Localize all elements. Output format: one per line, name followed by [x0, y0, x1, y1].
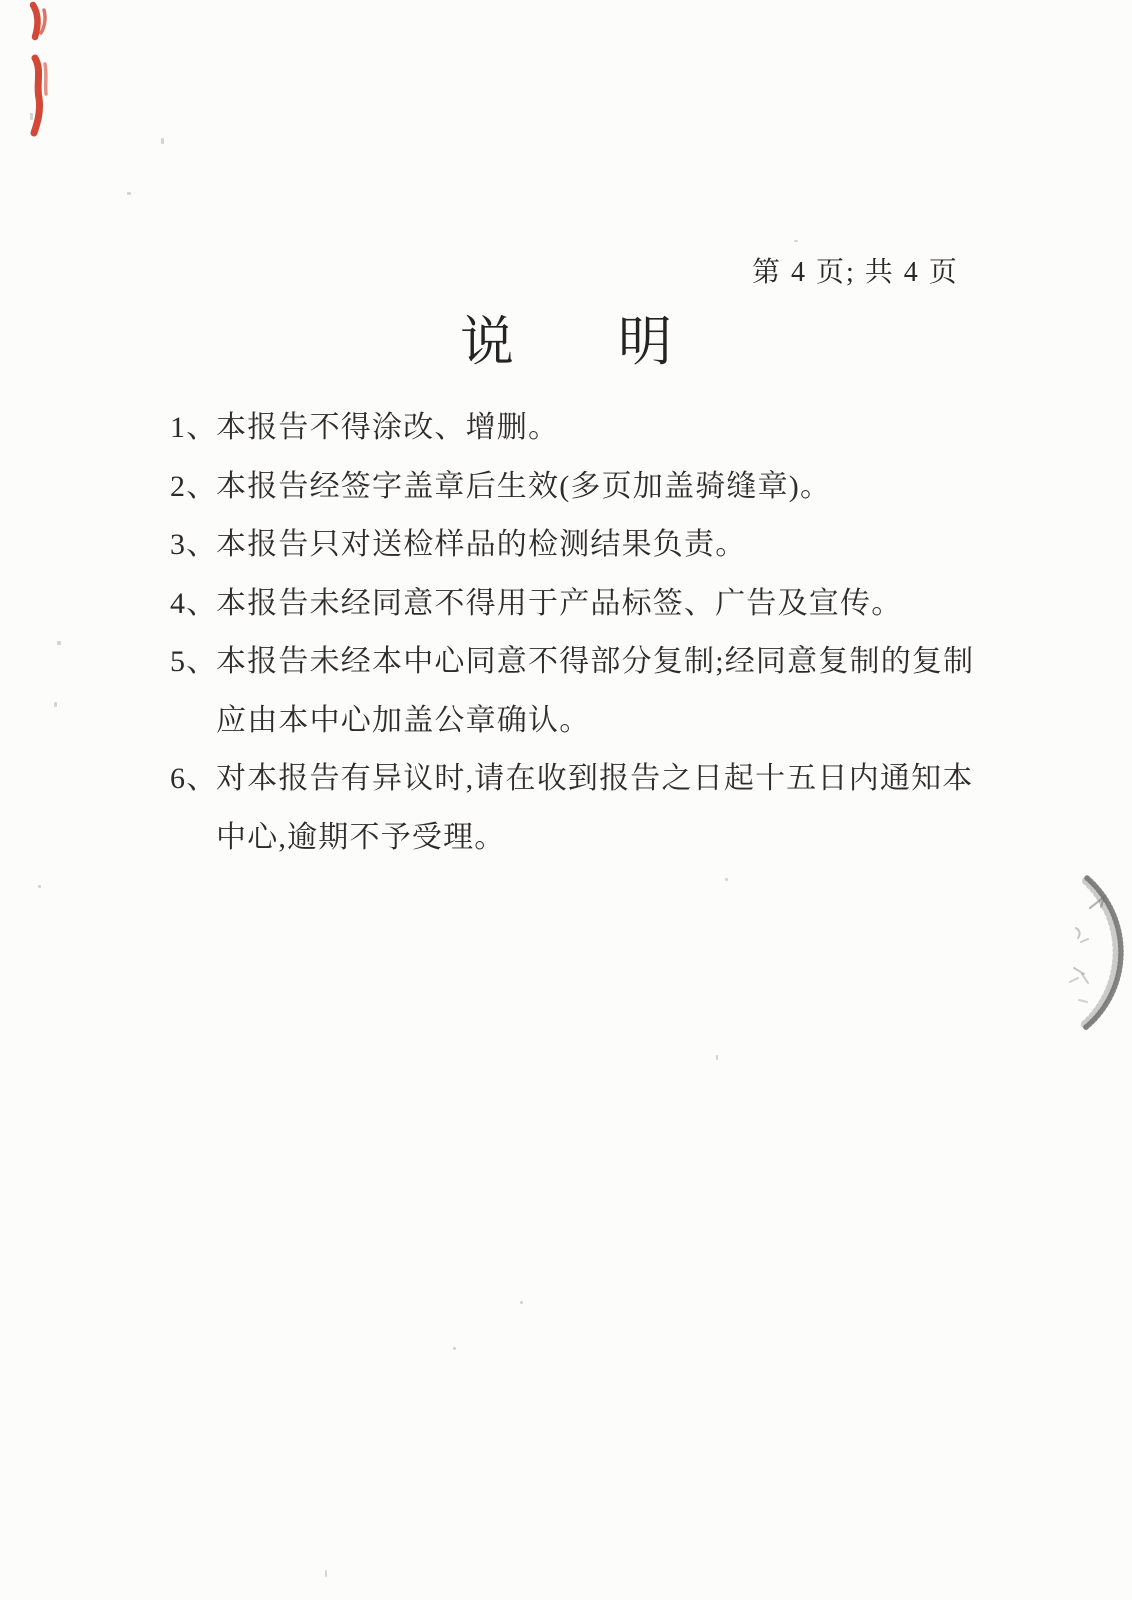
note-text: 应由本中心加盖公章确认。 — [216, 692, 998, 751]
note-item-4: 4、 本报告未经同意不得用于产品标签、广告及宣传。 — [170, 575, 998, 634]
note-item-5: 5、 本报告未经本中心同意不得部分复制;经同意复制的复制 — [170, 633, 998, 692]
page-title: 说 明 — [0, 312, 1132, 372]
note-item-5-line-2: 应由本中心加盖公章确认。 — [170, 692, 998, 751]
note-number: 6、 — [170, 750, 216, 809]
page-title-char-2: 明 — [618, 312, 672, 372]
note-text: 本报告不得涂改、增删。 — [216, 399, 998, 458]
note-number: 2、 — [170, 458, 216, 517]
note-text: 本报告未经本中心同意不得部分复制;经同意复制的复制 — [216, 633, 998, 692]
note-number: 5、 — [170, 633, 216, 692]
note-text: 中心,逾期不予受理。 — [216, 809, 998, 868]
page-number: 第 4 页; 共 4 页 — [752, 250, 962, 290]
scan-speck — [453, 1347, 456, 1350]
scan-speck — [725, 878, 728, 881]
note-item-1: 1、 本报告不得涂改、增删。 — [170, 399, 998, 458]
scan-speck — [54, 702, 57, 707]
note-item-6-line-2: 中心,逾期不予受理。 — [170, 809, 998, 868]
page-title-char-1: 说 — [460, 312, 514, 372]
scan-speck — [716, 1055, 718, 1060]
note-text: 本报告只对送检样品的检测结果负责。 — [216, 516, 998, 575]
scanned-report-page: 第 4 页; 共 4 页 说 明 1、 本报告不得涂改、增删。 2、 本报告经签… — [0, 0, 1132, 1600]
scan-speck — [520, 1301, 523, 1304]
note-number-spacer — [170, 692, 216, 751]
scan-speck — [38, 885, 41, 888]
notes-list: 1、 本报告不得涂改、增删。 2、 本报告经签字盖章后生效(多页加盖骑缝章)。 … — [170, 399, 998, 867]
note-item-6: 6、 对本报告有异议时,请在收到报告之日起十五日内通知本 — [170, 750, 998, 809]
partial-round-stamp — [980, 850, 1132, 1050]
note-number: 1、 — [170, 399, 216, 458]
note-text: 本报告经签字盖章后生效(多页加盖骑缝章)。 — [216, 458, 998, 517]
red-ink-marks — [18, 0, 74, 148]
stamp-arc-drawing — [980, 850, 1132, 1050]
scan-speck — [325, 1570, 327, 1577]
note-item-2: 2、 本报告经签字盖章后生效(多页加盖骑缝章)。 — [170, 458, 998, 517]
note-number-spacer — [170, 809, 216, 868]
note-text: 本报告未经同意不得用于产品标签、广告及宣传。 — [216, 575, 998, 634]
note-number: 4、 — [170, 575, 216, 634]
note-text: 对本报告有异议时,请在收到报告之日起十五日内通知本 — [216, 750, 998, 809]
scan-speck — [30, 113, 33, 120]
note-number: 3、 — [170, 516, 216, 575]
scan-speck — [127, 192, 131, 195]
scan-speck — [161, 138, 164, 144]
scan-speck — [57, 641, 61, 645]
red-ink-marks-drawing — [18, 0, 74, 148]
note-item-3: 3、 本报告只对送检样品的检测结果负责。 — [170, 516, 998, 575]
scan-speck — [794, 240, 798, 242]
